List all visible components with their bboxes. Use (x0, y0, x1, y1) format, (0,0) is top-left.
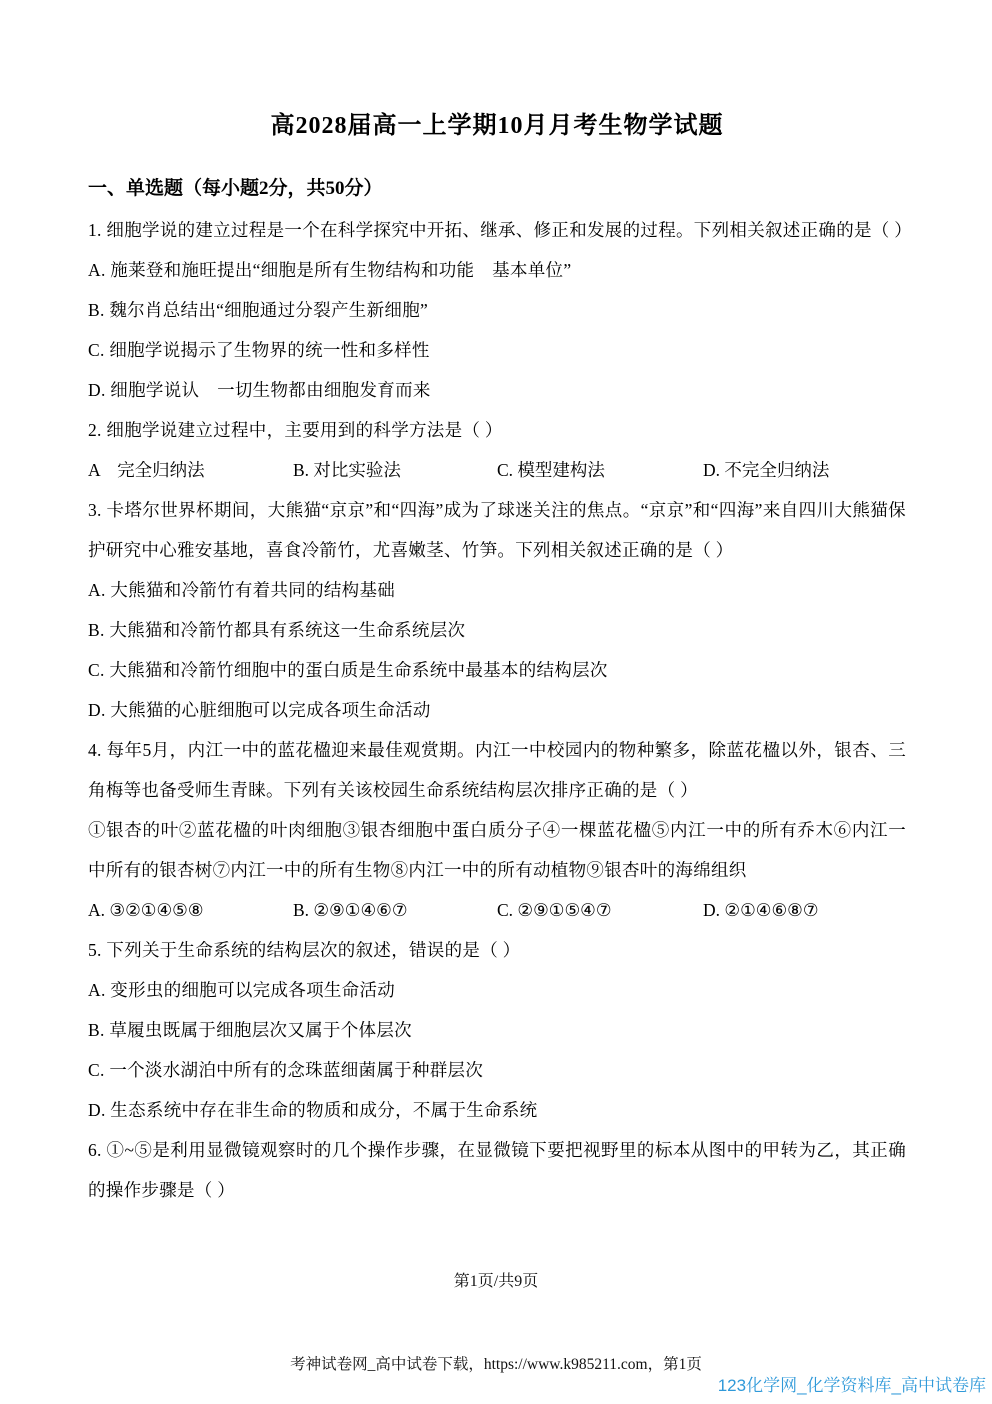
exam-content: 高2028届高一上学期10月月考生物学试题 一、单选题（每小题2分，共50分） … (88, 108, 906, 1210)
question-stem: 5. 下列关于生命系统的结构层次的叙述，错误的是（ ） (88, 930, 906, 970)
option-b: B. 对比实验法 (293, 450, 497, 490)
option-d: D. ②①④⑥⑧⑦ (703, 890, 906, 930)
option-b: B. 大熊猫和冷箭竹都具有系统这一生命系统层次 (88, 610, 906, 650)
question-6: 6. ①~⑤是利用显微镜观察时的几个操作步骤，在显微镜下要把视野里的标本从图中的… (88, 1130, 906, 1210)
option-b: B. 草履虫既属于细胞层次又属于个体层次 (88, 1010, 906, 1050)
option-a: A. 变形虫的细胞可以完成各项生命活动 (88, 970, 906, 1010)
question-stem: 6. ①~⑤是利用显微镜观察时的几个操作步骤，在显微镜下要把视野里的标本从图中的… (88, 1130, 906, 1210)
option-a: A. 施莱登和施旺提出“细胞是所有生物结构和功能 基本单位” (88, 250, 906, 290)
page-title: 高2028届高一上学期10月月考生物学试题 (88, 108, 906, 144)
question-2: 2. 细胞学说建立过程中，主要用到的科学方法是（ ） A 完全归纳法 B. 对比… (88, 410, 906, 490)
option-a: A. 大熊猫和冷箭竹有着共同的结构基础 (88, 570, 906, 610)
option-b: B. ②⑨①④⑥⑦ (293, 890, 497, 930)
option-c: C. 一个淡水湖泊中所有的念珠蓝细菌属于种群层次 (88, 1050, 906, 1090)
question-numbered-items: ①银杏的叶②蓝花楹的叶肉细胞③银杏细胞中蛋白质分子④一棵蓝花楹⑤内江一中的所有乔… (88, 810, 906, 890)
question-3: 3. 卡塔尔世界杯期间，大熊猫“京京”和“四海”成为了球迷关注的焦点。“京京”和… (88, 490, 906, 730)
footer-site-line: 考神试卷网_高中试卷下载，https://www.k985211.com，第1页 (0, 1354, 992, 1376)
option-row: A. ③②①④⑤⑧ B. ②⑨①④⑥⑦ C. ②⑨①⑤④⑦ D. ②①④⑥⑧⑦ (88, 890, 906, 930)
option-b: B. 魏尔肖总结出“细胞通过分裂产生新细胞” (88, 290, 906, 330)
option-c: C. ②⑨①⑤④⑦ (497, 890, 703, 930)
option-c: C. 模型建构法 (497, 450, 703, 490)
page-indicator: 第1页/共9页 (0, 1270, 992, 1294)
exam-paper-page: 高2028届高一上学期10月月考生物学试题 一、单选题（每小题2分，共50分） … (0, 0, 992, 1404)
option-d: D. 细胞学说认 一切生物都由细胞发育而来 (88, 370, 906, 410)
option-a: A. ③②①④⑤⑧ (88, 890, 293, 930)
question-5: 5. 下列关于生命系统的结构层次的叙述，错误的是（ ） A. 变形虫的细胞可以完… (88, 930, 906, 1130)
option-c: C. 大熊猫和冷箭竹细胞中的蛋白质是生命系统中最基本的结构层次 (88, 650, 906, 690)
option-d: D. 大熊猫的心脏细胞可以完成各项生命活动 (88, 690, 906, 730)
option-d: D. 生态系统中存在非生命的物质和成分，不属于生命系统 (88, 1090, 906, 1130)
question-stem: 1. 细胞学说的建立过程是一个在科学探究中开拓、继承、修正和发展的过程。下列相关… (88, 210, 906, 250)
question-4: 4. 每年5月，内江一中的蓝花楹迎来最佳观赏期。内江一中校园内的物种繁多，除蓝花… (88, 730, 906, 930)
watermark-site-label: 123化学网_化学资料库_高中试卷库 (718, 1374, 986, 1398)
question-stem: 3. 卡塔尔世界杯期间，大熊猫“京京”和“四海”成为了球迷关注的焦点。“京京”和… (88, 490, 906, 570)
option-c: C. 细胞学说揭示了生物界的统一性和多样性 (88, 330, 906, 370)
question-1: 1. 细胞学说的建立过程是一个在科学探究中开拓、继承、修正和发展的过程。下列相关… (88, 210, 906, 410)
question-stem: 2. 细胞学说建立过程中，主要用到的科学方法是（ ） (88, 410, 906, 450)
option-row: A 完全归纳法 B. 对比实验法 C. 模型建构法 D. 不完全归纳法 (88, 450, 906, 490)
option-d: D. 不完全归纳法 (703, 450, 906, 490)
section-heading: 一、单选题（每小题2分，共50分） (88, 168, 906, 210)
question-stem: 4. 每年5月，内江一中的蓝花楹迎来最佳观赏期。内江一中校园内的物种繁多，除蓝花… (88, 730, 906, 810)
option-a: A 完全归纳法 (88, 450, 293, 490)
